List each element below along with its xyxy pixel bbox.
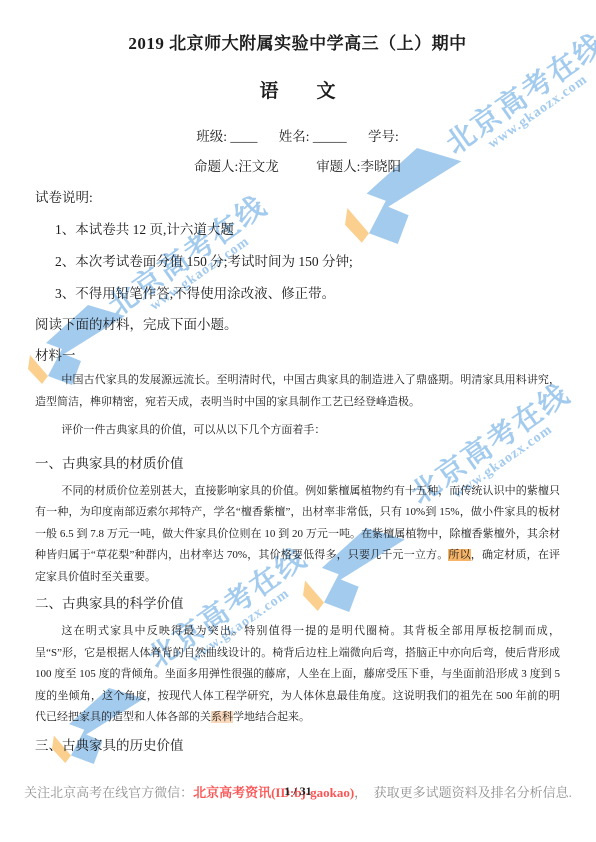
name-blank: _____ [313,129,347,144]
document-content: 2019 北京师大附属实验中学高三（上）期中 语 文 班级: ____ 姓名: … [0,0,596,757]
section-2-paragraph: 这在明式家具中反映得最为突出。特别值得一提的是明代圈椅。其背板全部用厚板挖制而成… [35,621,560,729]
section-3-heading: 三、古典家具的历史价值 [35,735,560,757]
material-paragraph-2: 评价一件古典家具的价值，可以从以下几个方面着手： [35,420,560,442]
exam-title: 2019 北京师大附属实验中学高三（上）期中 [35,32,560,56]
instruction-item: 3、不得用铅笔作答,不得使用涂改液、修正带。 [55,283,560,305]
student-id-group: 学号: [368,129,399,144]
student-info-line: 班级: ____ 姓名: _____ 学号: [35,126,560,148]
highlighted-word: 系科 [211,711,233,723]
authors-line: 命题人:汪文龙 审题人:李晓阳 [35,156,560,178]
student-id-label: 学号: [368,129,399,144]
footer-suffix: ， 获取更多试题资料及排名分析信息. [354,785,572,800]
exam-paper-page: 北京高考在线 www.gkaozx.com 北京高考在线 www.gkaozx.… [0,0,596,842]
section-1-heading: 一、古典家具的材质价值 [35,453,560,475]
footer-wechat-name: 北京高考资讯(ID:bj-gaokao) [193,785,354,800]
reading-prompt: 阅读下面的材料，完成下面小题。 [35,314,560,336]
setter-name: 命题人:汪文龙 [194,159,279,174]
instruction-item: 2、本次考试卷面分值 150 分;考试时间为 150 分钟; [55,251,560,273]
material-label: 材料一 [35,345,560,367]
class-blank: ____ [230,129,257,144]
class-group: 班级: ____ [196,129,257,144]
reviewer-name: 审题人:李晓阳 [316,159,401,174]
material-paragraph-1: 中国古代家具的发展源远流长。至明清时代，中国古典家具的制造进入了鼎盛期。明清家具… [35,370,560,413]
footer-line: 关注北京高考在线官方微信：北京高考资讯(ID:bj-gaokao)， 获取更多试… [0,782,596,804]
class-label: 班级: [196,129,227,144]
name-group: 姓名: _____ [279,129,347,144]
section-1-paragraph: 不同的材质价位差别甚大，直接影响家具的价值。例如紫檀属植物约有十五种，而传统认识… [35,481,560,589]
name-label: 姓名: [279,129,310,144]
exam-subject: 语 文 [35,80,560,104]
footer-prefix: 关注北京高考在线官方微信： [24,785,193,800]
instructions-heading: 试卷说明: [35,187,560,209]
section-2-heading: 二、古典家具的科学价值 [35,593,560,615]
section-2-text-after: 学地结合起来。 [233,711,310,723]
section-2-text-before: 这在明式家具中反映得最为突出。特别值得一提的是明代圈椅。其背板全部用厚板挖制而成… [35,625,560,723]
highlighted-word: 所以 [448,549,470,561]
instruction-item: 1、本试卷共 12 页,计六道大题 [55,219,560,241]
